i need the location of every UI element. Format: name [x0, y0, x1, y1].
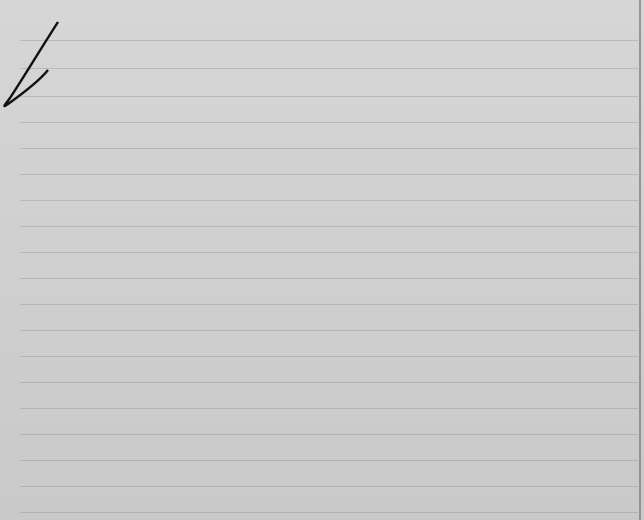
- ruled-line: [20, 200, 638, 201]
- ruled-line: [20, 460, 638, 461]
- page-margin-line: [639, 0, 641, 520]
- ruled-line: [20, 356, 638, 357]
- ruled-line: [20, 278, 638, 279]
- ruled-line: [20, 486, 638, 487]
- ruled-line: [20, 434, 638, 435]
- ruled-line: [20, 174, 638, 175]
- ruled-line: [20, 226, 638, 227]
- ruled-line: [20, 40, 638, 41]
- ruled-line: [20, 330, 638, 331]
- ruled-line: [20, 408, 638, 409]
- registry-page: [0, 0, 644, 520]
- ruled-line: [20, 304, 638, 305]
- ruled-line: [20, 68, 638, 69]
- ruled-line: [20, 512, 638, 513]
- ruled-line: [20, 96, 638, 97]
- ruled-line: [20, 382, 638, 383]
- ruled-line: [20, 252, 638, 253]
- ruled-line: [20, 148, 638, 149]
- ruled-line: [20, 122, 638, 123]
- capital-i-flourish-icon: [0, 20, 70, 110]
